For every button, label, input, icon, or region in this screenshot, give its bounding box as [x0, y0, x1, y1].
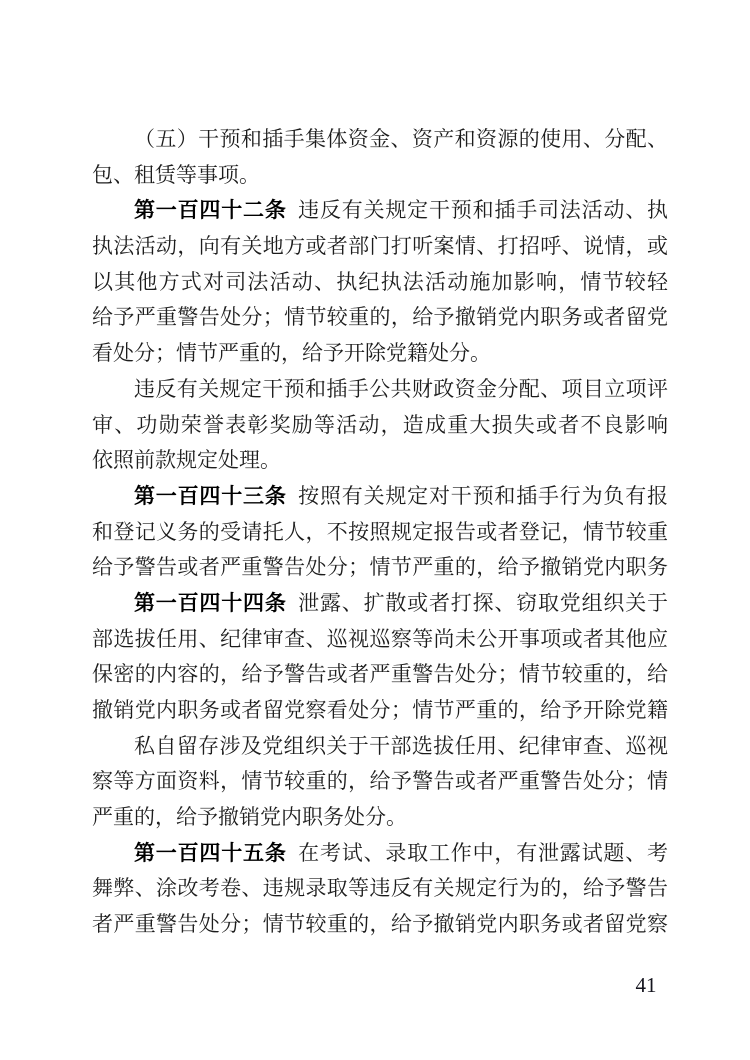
line-text: 舞弊、涂改考卷、违规录取等违反有关规定行为的，给予警告或 — [92, 876, 668, 907]
text-line: 者严重警告处分；情节较重的，给予撤销党内职务或者留党察看 — [92, 907, 668, 943]
text-line: 第一百四十二条违反有关规定干预和插手司法活动、执纪 — [92, 193, 668, 229]
text-line: 第一百四十四条泄露、扩散或者打探、窃取党组织关于干 — [92, 586, 668, 622]
paragraph: 违反有关规定干预和插手公共财政资金分配、项目立项评 审、功勋荣誉表彰奖励等活动，… — [92, 372, 668, 479]
page-number: 41 — [620, 971, 672, 999]
text-line: 审、功勋荣誉表彰奖励等活动，造成重大损失或者不良影响的， — [92, 408, 668, 444]
line-text: 执法活动，向有关地方或者部门打听案情、打招呼、说情，或者 — [92, 234, 668, 265]
text-line: 察等方面资料，情节较重的，给予警告或者严重警告处分；情节 — [92, 764, 668, 800]
text-line: 保密的内容的，给予警告或者严重警告处分；情节较重的，给予 — [92, 657, 668, 693]
line-text: 撤销党内职务或者留党察看处分；情节严重的，给予开除党籍处分。 — [92, 698, 668, 729]
article-number: 第一百四十四条 — [134, 591, 287, 615]
text-line: （五）干预和插手集体资金、资产和资源的使用、分配、承 — [92, 122, 668, 158]
paragraph: 私自留存涉及党组织关于干部选拔任用、纪律审查、巡视巡 察等方面资料，情节较重的，… — [92, 729, 668, 836]
line-text: 看处分；情节严重的，给予开除党籍处分。 — [92, 341, 491, 365]
text-line: 给予严重警告处分；情节较重的，给予撤销党内职务或者留党察 — [92, 300, 668, 336]
article-number: 第一百四十五条 — [134, 841, 287, 865]
text-line: 以其他方式对司法活动、执纪执法活动施加影响，情节较轻的， — [92, 265, 668, 301]
article-number: 第一百四十三条 — [134, 484, 287, 508]
text-line: 违反有关规定干预和插手公共财政资金分配、项目立项评 — [92, 372, 668, 408]
line-text: 依照前款规定处理。 — [92, 448, 281, 472]
text-line: 舞弊、涂改考卷、违规录取等违反有关规定行为的，给予警告或 — [92, 871, 668, 907]
text-line: 第一百四十五条在考试、录取工作中，有泄露试题、考场 — [92, 836, 668, 872]
paragraph: （五）干预和插手集体资金、资产和资源的使用、分配、承 包、租赁等事项。 — [92, 122, 668, 193]
text-line: 看处分；情节严重的，给予开除党籍处分。 — [92, 336, 668, 372]
text-line: 撤销党内职务或者留党察看处分；情节严重的，给予开除党籍处分。 — [92, 693, 668, 729]
line-text: 察等方面资料，情节较重的，给予警告或者严重警告处分；情节 — [92, 769, 668, 800]
line-text: 审、功勋荣誉表彰奖励等活动，造成重大损失或者不良影响的， — [92, 413, 668, 444]
line-text: 包、租赁等事项。 — [92, 163, 260, 187]
line-text: 给予警告或者严重警告处分；情节严重的，给予撤销党内职务处分。 — [92, 555, 668, 586]
line-text: 者严重警告处分；情节较重的，给予撤销党内职务或者留党察看 — [92, 912, 668, 943]
text-line: 依照前款规定处理。 — [92, 443, 668, 479]
text-line: 严重的，给予撤销党内职务处分。 — [92, 800, 668, 836]
line-text: 保密的内容的，给予警告或者严重警告处分；情节较重的，给予 — [92, 662, 668, 693]
document-page: （五）干预和插手集体资金、资产和资源的使用、分配、承 包、租赁等事项。 第一百四… — [0, 0, 750, 1060]
line-text: （五）干预和插手集体资金、资产和资源的使用、分配、承 — [134, 127, 668, 158]
text-line: 私自留存涉及党组织关于干部选拔任用、纪律审查、巡视巡 — [92, 729, 668, 765]
paragraph: 第一百四十二条违反有关规定干预和插手司法活动、执纪 执法活动，向有关地方或者部门… — [92, 193, 668, 371]
text-line: 执法活动，向有关地方或者部门打听案情、打招呼、说情，或者 — [92, 229, 668, 265]
paragraph: 第一百四十三条按照有关规定对干预和插手行为负有报告 和登记义务的受请托人，不按照… — [92, 479, 668, 586]
text-line: 给予警告或者严重警告处分；情节严重的，给予撤销党内职务处分。 — [92, 550, 668, 586]
paragraph: 第一百四十四条泄露、扩散或者打探、窃取党组织关于干 部选拔任用、纪律审查、巡视巡… — [92, 586, 668, 729]
text-line: 和登记义务的受请托人，不按照规定报告或者登记，情节较重的， — [92, 515, 668, 551]
page-body: （五）干预和插手集体资金、资产和资源的使用、分配、承 包、租赁等事项。 第一百四… — [92, 122, 668, 943]
article-number: 第一百四十二条 — [134, 198, 287, 222]
line-text: 严重的，给予撤销党内职务处分。 — [92, 805, 407, 829]
paragraph: 第一百四十五条在考试、录取工作中，有泄露试题、考场 舞弊、涂改考卷、违规录取等违… — [92, 836, 668, 943]
line-text: 违反有关规定干预和插手公共财政资金分配、项目立项评 — [134, 377, 668, 401]
line-text: 私自留存涉及党组织关于干部选拔任用、纪律审查、巡视巡 — [134, 734, 668, 765]
text-line: 包、租赁等事项。 — [92, 158, 668, 194]
line-text: 和登记义务的受请托人，不按照规定报告或者登记，情节较重的， — [92, 520, 668, 551]
line-text: 部选拔任用、纪律审查、巡视巡察等尚未公开事项或者其他应当 — [92, 627, 668, 658]
text-line: 第一百四十三条按照有关规定对干预和插手行为负有报告 — [92, 479, 668, 515]
line-text: 以其他方式对司法活动、执纪执法活动施加影响，情节较轻的， — [92, 270, 668, 301]
line-text: 给予严重警告处分；情节较重的，给予撤销党内职务或者留党察 — [92, 305, 668, 336]
text-line: 部选拔任用、纪律审查、巡视巡察等尚未公开事项或者其他应当 — [92, 622, 668, 658]
